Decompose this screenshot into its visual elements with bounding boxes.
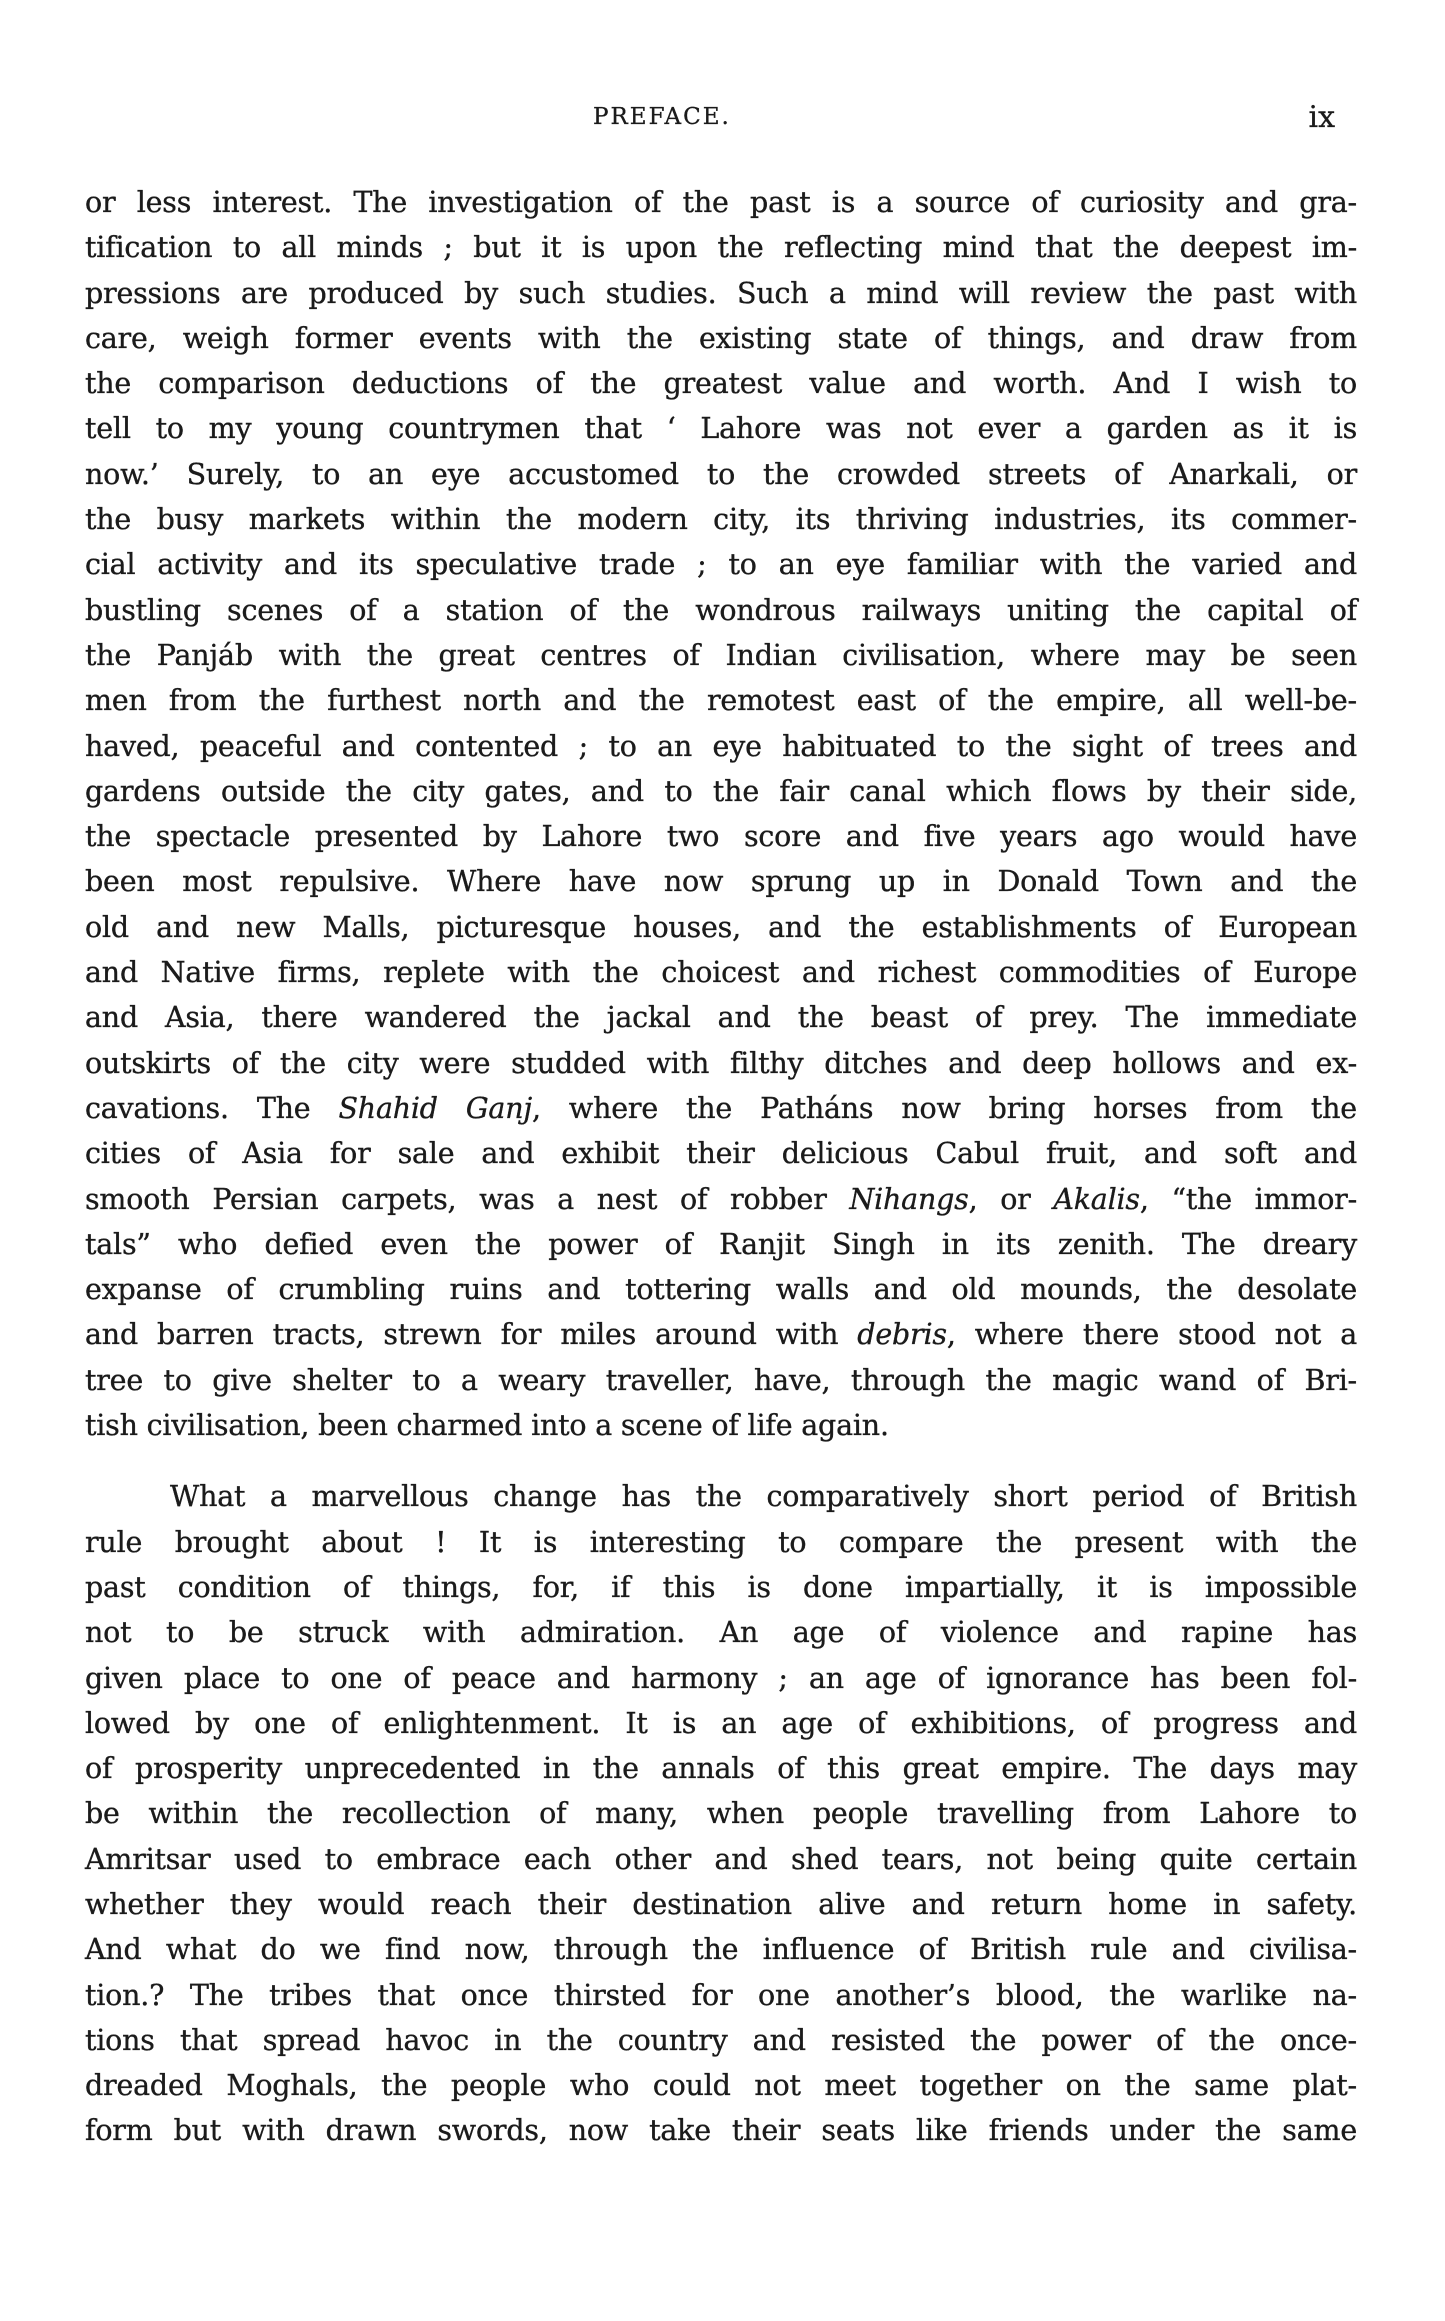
text-line: past condition of things, for, if this i…: [85, 1565, 1357, 1610]
italic-term: Nihangs: [849, 1183, 968, 1216]
text-line: care, weigh former events with the exist…: [85, 316, 1357, 361]
text-line: pressions are produced by such studies. …: [85, 271, 1357, 316]
paragraph: or less interest. The investigation of t…: [85, 180, 1357, 1448]
text-line: tell to my young countrymen that ‘ Lahor…: [85, 406, 1357, 451]
text-line: the comparison deductions of the greates…: [85, 361, 1357, 406]
text-line: cavations. The Shahid Ganj, where the Pa…: [85, 1086, 1357, 1131]
text-line: tish civilisation, been charmed into a s…: [85, 1403, 1357, 1448]
text-line: or less interest. The investigation of t…: [85, 180, 1357, 225]
text-line: tification to all minds ; but it is upon…: [85, 225, 1357, 270]
text-line: not to be struck with admiration. An age…: [85, 1610, 1357, 1655]
text-line: rule brought about ! It is interesting t…: [85, 1520, 1357, 1565]
italic-term: Akalis: [1053, 1183, 1140, 1216]
italic-term: debris: [857, 1318, 947, 1351]
text-line: tals” who defied even the power of Ranji…: [85, 1222, 1357, 1267]
text-line: now.’ Surely, to an eye accustomed to th…: [85, 452, 1357, 497]
text-line: tions that spread havoc in the country a…: [85, 2018, 1357, 2063]
book-page: PREFACE. ix or less interest. The invest…: [0, 0, 1445, 2321]
text-line: of prosperity unprecedented in the annal…: [85, 1746, 1357, 1791]
text-line: What a marvellous change has the compara…: [85, 1474, 1357, 1519]
text-line: the Panjáb with the great centres of Ind…: [85, 633, 1357, 678]
text-line: given place to one of peace and harmony …: [85, 1656, 1357, 1701]
italic-term: Shahid Ganj: [338, 1092, 532, 1125]
text-line: whether they would reach their destinati…: [85, 1882, 1357, 1927]
text-line: and Native firms, replete with the choic…: [85, 950, 1357, 995]
text-line: form but with drawn swords, now take the…: [85, 2108, 1357, 2153]
text-line: bustling scenes of a station of the wond…: [85, 588, 1357, 633]
text-line: and Asia, there wandered the jackal and …: [85, 995, 1357, 1040]
text-line: the busy markets within the modern city,…: [85, 497, 1357, 542]
text-line: expanse of crumbling ruins and tottering…: [85, 1267, 1357, 1312]
text-line: Amritsar used to embrace each other and …: [85, 1837, 1357, 1882]
text-line: old and new Malls, picturesque houses, a…: [85, 905, 1357, 950]
text-line: tree to give shelter to a weary travelle…: [85, 1358, 1357, 1403]
text-line: gardens outside the city gates, and to t…: [85, 769, 1357, 814]
text-line: dreaded Moghals, the people who could no…: [85, 2063, 1357, 2108]
text-line: smooth Persian carpets, was a nest of ro…: [85, 1177, 1357, 1222]
text-line: been most repulsive. Where have now spru…: [85, 859, 1357, 904]
text-line: be within the recollection of many, when…: [85, 1791, 1357, 1836]
page-body: or less interest. The investigation of t…: [85, 180, 1357, 2154]
text-line: haved, peaceful and contented ; to an ey…: [85, 724, 1357, 769]
text-line: tion.? The tribes that once thirsted for…: [85, 1973, 1357, 2018]
text-line: the spectacle presented by Lahore two sc…: [85, 814, 1357, 859]
text-line: men from the furthest north and the remo…: [85, 678, 1357, 723]
page-number: ix: [1308, 100, 1335, 135]
text-line: cial activity and its speculative trade …: [85, 542, 1357, 587]
text-line: cities of Asia for sale and exhibit thei…: [85, 1131, 1357, 1176]
text-line: And what do we find now, through the inf…: [85, 1927, 1357, 1972]
page-header: PREFACE. ix: [85, 100, 1345, 144]
text-line: and barren tracts, strewn for miles arou…: [85, 1312, 1357, 1357]
paragraph: What a marvellous change has the compara…: [85, 1474, 1357, 2153]
text-line: lowed by one of enlightenment. It is an …: [85, 1701, 1357, 1746]
page-title: PREFACE.: [593, 104, 731, 130]
text-line: outskirts of the city were studded with …: [85, 1041, 1357, 1086]
